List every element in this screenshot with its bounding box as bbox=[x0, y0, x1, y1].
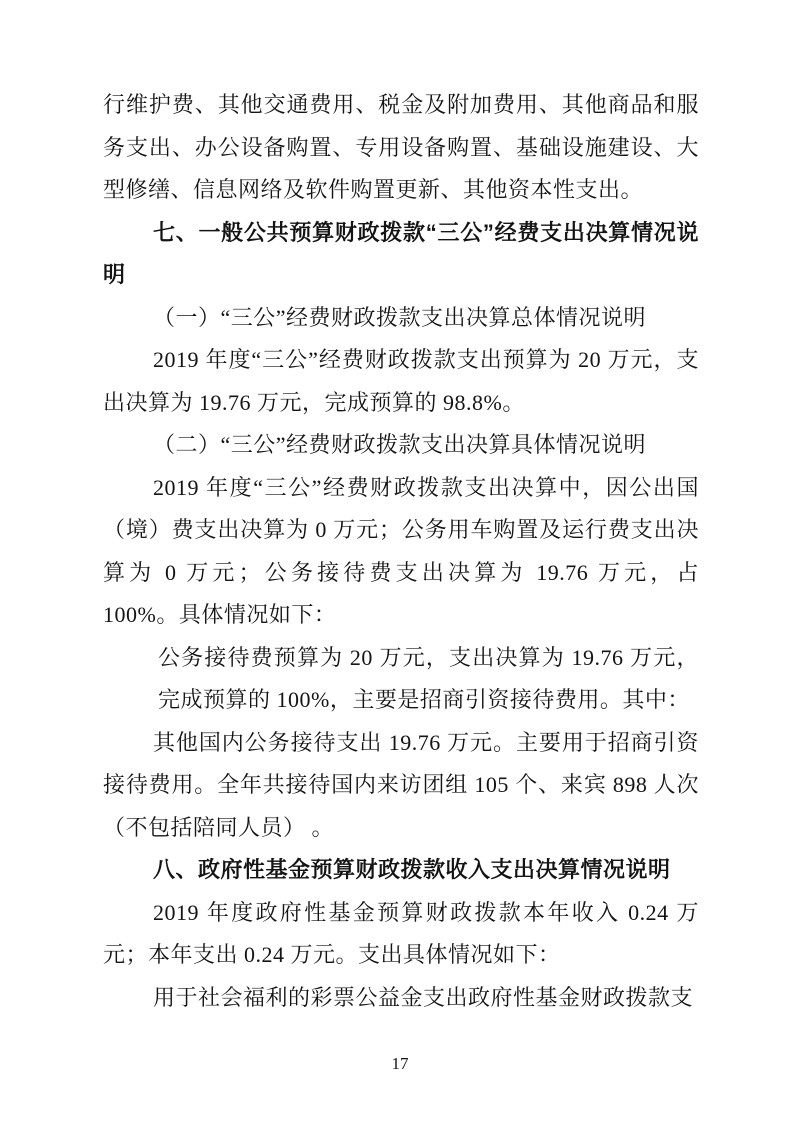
document-body: 行维护费、其他交通费用、税金及附加费用、其他商品和服务支出、办公设备购置、专用设… bbox=[103, 84, 699, 1019]
para-previous-page-continuation: 行维护费、其他交通费用、税金及附加费用、其他商品和服务支出、办公设备购置、专用设… bbox=[103, 84, 699, 212]
page-number: 17 bbox=[0, 1054, 800, 1074]
para-reception-domestic: 其他国内公务接待支出 19.76 万元。主要用于招商引资接待费用。全年共接待国内… bbox=[103, 722, 699, 850]
para-sangong-detail: 2019 年度“三公”经费财政拨款支出决算中，因公出国（境）费支出决算为 0 万… bbox=[103, 467, 699, 637]
para-sangong-overall: 2019 年度“三公”经费财政拨款支出预算为 20 万元，支出决算为 19.76… bbox=[103, 339, 699, 424]
section-heading-seven: 七、一般公共预算财政拨款“三公”经费支出决算情况说明 bbox=[103, 212, 699, 297]
para-reception-budget-block: 公务接待费预算为 20 万元，支出决算为 19.76 万元，完成预算的 100%… bbox=[158, 637, 699, 722]
subsection-heading-one: （一）“三公”经费财政拨款支出决算总体情况说明 bbox=[103, 297, 699, 340]
subsection-heading-two: （二）“三公”经费财政拨款支出决算具体情况说明 bbox=[103, 424, 699, 467]
document-page: 行维护费、其他交通费用、税金及附加费用、其他商品和服务支出、办公设备购置、专用设… bbox=[0, 0, 800, 1132]
para-government-fund: 2019 年度政府性基金预算财政拨款本年收入 0.24 万元；本年支出 0.24… bbox=[103, 892, 699, 977]
para-lottery-welfare: 用于社会福利的彩票公益金支出政府性基金财政拨款支 bbox=[103, 977, 699, 1020]
section-heading-eight: 八、政府性基金预算财政拨款收入支出决算情况说明 bbox=[103, 849, 699, 892]
